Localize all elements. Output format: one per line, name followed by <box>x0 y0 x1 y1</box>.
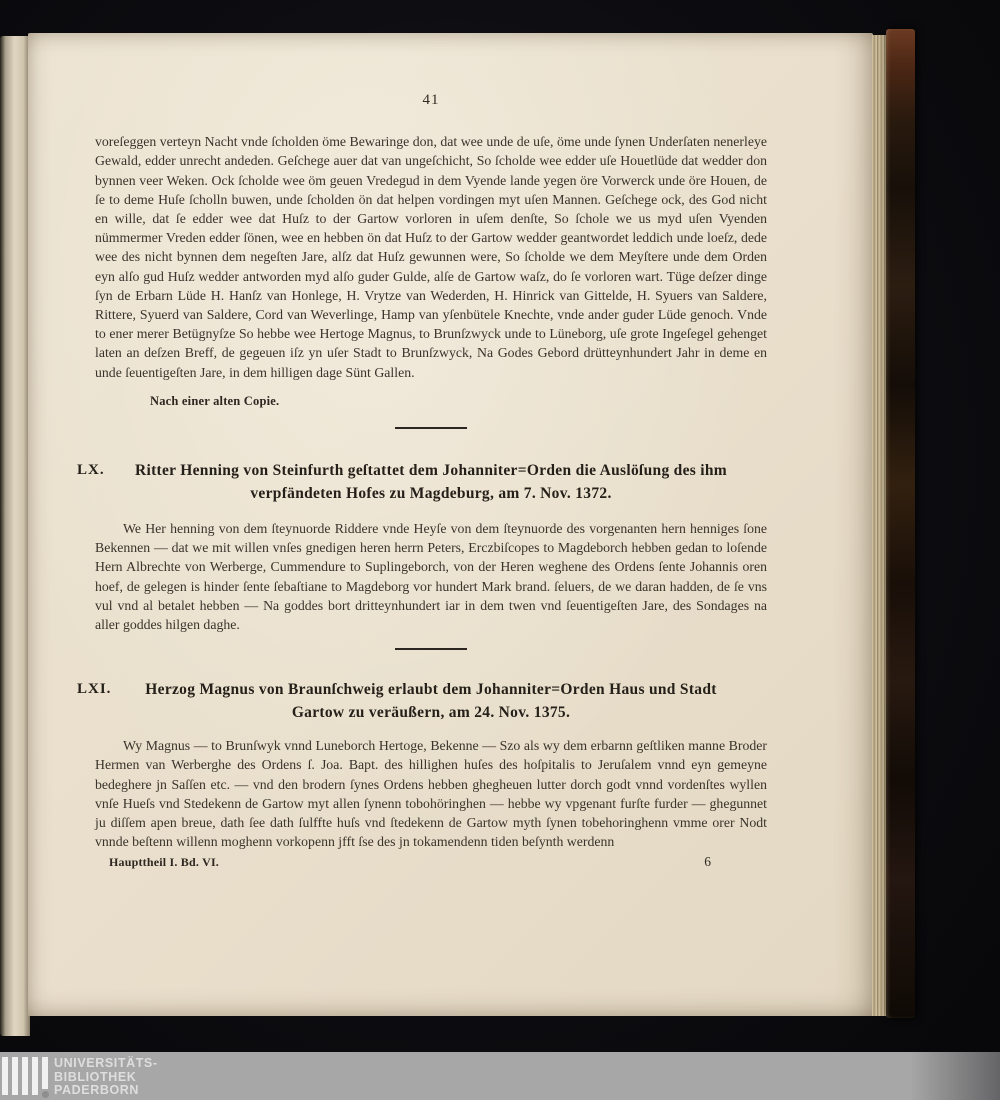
section-lxi-heading: LXI. Herzog Magnus von Braunſchweig erla… <box>95 678 767 724</box>
book-cover-edge <box>886 29 915 1018</box>
separator-rule <box>395 648 467 650</box>
logo-bar <box>12 1057 18 1095</box>
section-lx-body: We Her henning von dem ſteynuorde Ridder… <box>95 519 767 634</box>
previous-page-edge <box>0 36 30 1036</box>
continuation-paragraph: voreſeggen verteyn Nacht vnde ſcholden ö… <box>95 132 767 382</box>
library-name: UNIVERSITÄTS- BIBLIOTHEK PADERBORN <box>54 1057 158 1098</box>
book-page: 41 voreſeggen verteyn Nacht vnde ſcholde… <box>28 33 873 1016</box>
logo-bar <box>2 1057 8 1095</box>
separator-rule <box>395 427 467 429</box>
source-note: Nach einer alten Copie. <box>150 392 767 411</box>
page-text-block: 41 voreſeggen verteyn Nacht vnde ſcholde… <box>95 33 767 873</box>
page-number: 41 <box>95 91 767 110</box>
section-lx-title: Ritter Henning von Steinfurth geſtattet … <box>135 462 727 502</box>
logo-bar <box>32 1057 38 1095</box>
banner-shadow <box>910 1052 1000 1100</box>
logo-bar <box>42 1057 48 1089</box>
library-name-line2: BIBLIOTHEK <box>54 1071 158 1085</box>
section-lx-number: LX. <box>77 459 105 482</box>
sheet-number: 6 <box>704 852 711 871</box>
page-footer: Haupttheil I. Bd. VI. 6 <box>95 852 767 872</box>
section-lxi-title: Herzog Magnus von Braunſchweig erlaubt d… <box>145 681 716 721</box>
library-banner: UNIVERSITÄTS- BIBLIOTHEK PADERBORN <box>0 1052 1000 1100</box>
section-lx: LX. Ritter Henning von Steinfurth geſtat… <box>95 459 767 634</box>
section-lxi-number: LXI. <box>77 678 111 701</box>
volume-signature: Haupttheil I. Bd. VI. <box>109 853 219 872</box>
section-lx-heading: LX. Ritter Henning von Steinfurth geſtat… <box>95 459 767 505</box>
logo-dot <box>42 1091 49 1098</box>
section-lxi-body: Wy Magnus — to Brunſwyk vnnd Luneborch H… <box>95 736 767 851</box>
section-lxi: LXI. Herzog Magnus von Braunſchweig erla… <box>95 678 767 851</box>
library-name-line3: PADERBORN <box>54 1084 158 1098</box>
library-name-line1: UNIVERSITÄTS- <box>54 1057 158 1071</box>
ub-paderborn-logo-icon <box>2 1057 50 1097</box>
book-fore-edge <box>872 35 887 1016</box>
logo-bar <box>22 1057 28 1095</box>
